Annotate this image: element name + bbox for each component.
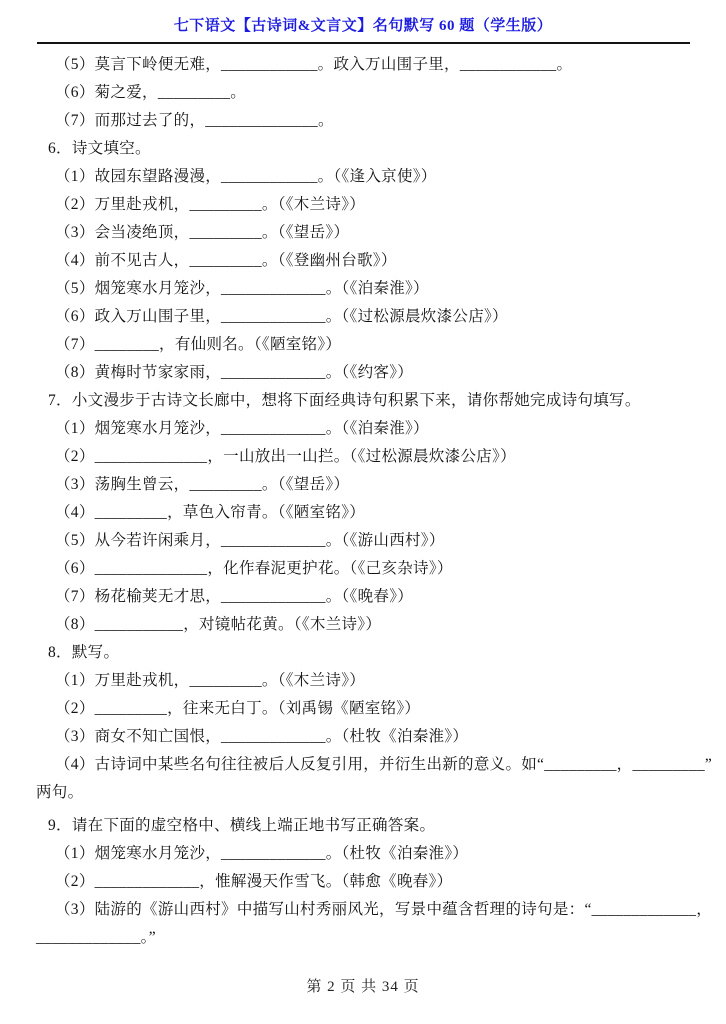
question-line: （1）烟笼寒水月笼沙，_____________。（《泊秦淮》）: [0, 415, 726, 443]
question-line: 8．默写。: [0, 639, 726, 667]
document-lines: （5）莫言下岭便无难，____________。政入万山围子里，________…: [0, 51, 726, 952]
question-line: （3）会当凌绝顶，_________。（《望岳》）: [0, 219, 726, 247]
question-line: （4）前不见古人，_________。（《登幽州台歌》）: [0, 247, 726, 275]
document-title: 七下语文【古诗词&文言文】名句默写 60 题（学生版）: [174, 18, 553, 34]
question-line: （5）从今若许闲乘月，_____________。（《游山西村》）: [0, 527, 726, 555]
question-line: （2）_____________，惟解漫天作雪飞。（韩愈《晚春》）: [0, 868, 726, 896]
question-line: _____________。”: [0, 924, 726, 952]
question-line: （5）莫言下岭便无难，____________。政入万山围子里，________…: [0, 51, 726, 79]
question-line: （1）故园东望路漫漫，____________。（《逢入京使》）: [0, 163, 726, 191]
question-line: （2）万里赴戎机，_________。（《木兰诗》）: [0, 191, 726, 219]
question-line: （8）黄梅时节家家雨，_____________。（《约客》）: [0, 359, 726, 387]
header-divider: [37, 42, 690, 44]
question-line: 6．诗文填空。: [0, 135, 726, 163]
question-line: 9．请在下面的虚空格中、横线上端正地书写正确答案。: [0, 812, 726, 840]
question-line: （8）___________，对镜帖花黄。（《木兰诗》）: [0, 611, 726, 639]
question-line: （6）政入万山围子里，_____________。（《过松源晨炊漆公店》）: [0, 303, 726, 331]
question-line: （6）______________，化作春泥更护花。（《己亥杂诗》）: [0, 555, 726, 583]
worksheet-page: 七下语文【古诗词&文言文】名句默写 60 题（学生版） （5）莫言下岭便无难，_…: [0, 0, 726, 1024]
question-line: （3）荡胸生曾云，_________。（《望岳》）: [0, 471, 726, 499]
question-line: （5）烟笼寒水月笼沙，_____________。（《泊秦淮》）: [0, 275, 726, 303]
question-line: （3）陆游的《游山西村》中描写山村秀丽风光，写景中蕴含哲理的诗句是：“_____…: [0, 896, 726, 924]
question-line: （4）古诗词中某些名句往往被后人反复引用，并衍生出新的意义。如“________…: [0, 751, 726, 779]
question-line: 7．小文漫步于古诗文长廊中，想将下面经典诗句积累下来，请你帮她完成诗句填写。: [0, 387, 726, 415]
question-line: （4）_________，草色入帘青。（《陋室铭》）: [0, 499, 726, 527]
page-number: 第 2 页 共 34 页: [0, 975, 726, 996]
question-line: （1）烟笼寒水月笼沙，_____________。（杜牧《泊秦淮》）: [0, 840, 726, 868]
question-line: （3）商女不知亡国恨，_____________。（杜牧《泊秦淮》）: [0, 723, 726, 751]
question-line: （2）_________，往来无白丁。（刘禹锡《陋室铭》）: [0, 695, 726, 723]
question-line: （2）______________，一山放出一山拦。（《过松源晨炊漆公店》）: [0, 443, 726, 471]
question-line: 两句。: [0, 779, 726, 807]
question-line: （1）万里赴戎机，_________。（《木兰诗》）: [0, 667, 726, 695]
question-line: （6）菊之爱，_________。: [0, 79, 726, 107]
question-line: （7）________，有仙则名。（《陋室铭》）: [0, 331, 726, 359]
question-line: （7）杨花榆荚无才思，_____________。（《晚春》）: [0, 583, 726, 611]
document-header: 七下语文【古诗词&文言文】名句默写 60 题（学生版）: [0, 0, 726, 35]
question-line: （7）而那过去了的，______________。: [0, 107, 726, 135]
